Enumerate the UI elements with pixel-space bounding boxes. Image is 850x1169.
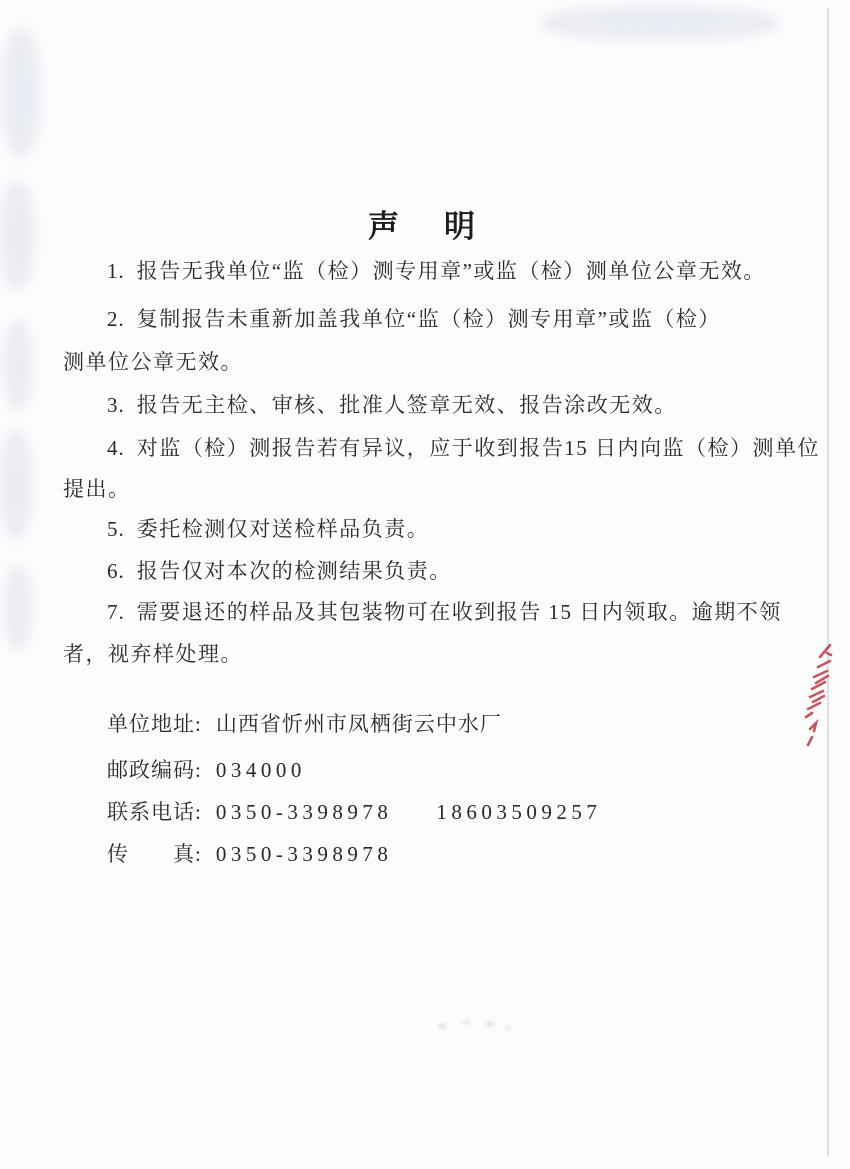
scan-smudge-left-3	[4, 320, 32, 410]
red-stamp-fragment	[800, 633, 846, 759]
statement-item-1: 1.报告无我单位“监（检）测专用章”或监（检）测单位公章无效。	[63, 259, 766, 283]
item-4-text: 对监（检）测报告若有异议，应于收到报告15 日内向监（检）测单位	[137, 436, 820, 460]
scan-smudge-left-5	[5, 565, 31, 650]
fax-label: 传 真:	[107, 842, 202, 866]
item-7-number: 7.	[107, 600, 125, 624]
scanned-statement-page: 声 明 1.报告无我单位“监（检）测专用章”或监（检）测单位公章无效。 2.复制…	[0, 0, 850, 1169]
item-3-number: 3.	[107, 393, 125, 417]
item-4-number: 4.	[107, 436, 125, 460]
statement-item-7-continuation: 者，视弃样处理。	[63, 642, 243, 666]
statement-item-7: 7.需要退还的样品及其包装物可在收到报告 15 日内领取。逾期不领	[63, 600, 782, 624]
scan-smudge-left-1	[2, 28, 40, 158]
item-2-text: 复制报告未重新加盖我单位“监（检）测专用章”或监（检）	[137, 307, 721, 331]
statement-item-5: 5.委托检测仅对送检样品负责。	[63, 517, 429, 541]
statement-item-6: 6.报告仅对本次的检测结果负责。	[63, 559, 452, 583]
fax-value: 0350-3398978	[216, 842, 393, 866]
contact-postal-row: 邮政编码:034000	[107, 758, 306, 782]
statement-item-4: 4.对监（检）测报告若有异议，应于收到报告15 日内向监（检）测单位	[63, 436, 820, 460]
address-label: 单位地址:	[107, 712, 202, 736]
postal-code-label: 邮政编码:	[107, 758, 202, 782]
item-7-text: 需要退还的样品及其包装物可在收到报告 15 日内领取。逾期不领	[137, 600, 782, 624]
statement-item-2: 2.复制报告未重新加盖我单位“监（检）测专用章”或监（检）	[63, 307, 721, 331]
contact-fax-row: 传 真:0350-3398978	[107, 842, 392, 866]
statement-item-4-continuation: 提出。	[63, 477, 131, 501]
address-value: 山西省忻州市凤栖街云中水厂	[216, 712, 502, 736]
scan-smudge-top	[540, 6, 780, 40]
phone-value-1: 0350-3398978	[216, 800, 393, 824]
phone-label: 联系电话:	[107, 800, 202, 824]
contact-phone-row: 联系电话:0350-339897818603509257	[107, 800, 601, 824]
item-1-number: 1.	[107, 259, 125, 283]
paper-edge-line	[827, 8, 829, 1156]
ghost-ink-smudge	[428, 1012, 514, 1040]
item-5-number: 5.	[107, 517, 125, 541]
postal-code-value: 034000	[216, 758, 306, 782]
item-5-text: 委托检测仅对送检样品负责。	[137, 517, 430, 541]
scan-smudge-left-4	[0, 430, 32, 540]
phone-value-2: 18603509257	[436, 800, 601, 824]
item-3-text: 报告无主检、审核、批准人签章无效、报告涂改无效。	[137, 393, 677, 417]
item-1-text: 报告无我单位“监（检）测专用章”或监（检）测单位公章无效。	[137, 259, 766, 283]
item-6-number: 6.	[107, 559, 125, 583]
statement-item-3: 3.报告无主检、审核、批准人签章无效、报告涂改无效。	[63, 393, 677, 417]
item-6-text: 报告仅对本次的检测结果负责。	[137, 559, 452, 583]
contact-address-row: 单位地址:山西省忻州市凤栖街云中水厂	[107, 712, 502, 736]
statement-item-2-continuation: 测单位公章无效。	[63, 350, 243, 374]
page-title: 声 明	[0, 201, 850, 246]
item-2-number: 2.	[107, 307, 125, 331]
